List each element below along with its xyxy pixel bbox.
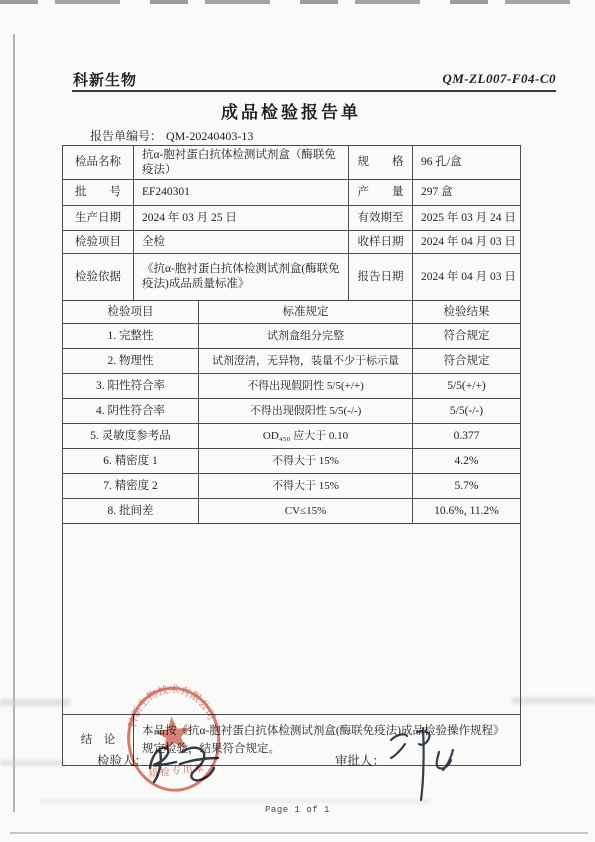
info-value: EF240301 — [134, 180, 349, 206]
report-body: 检品名称抗α-胞衬蛋白抗体检测试剂盒（酶联免疫法）规 格96 孔/盒批 号EF2… — [62, 145, 520, 766]
result-item: 5. 灵敏度参考品 — [63, 424, 199, 449]
info-label: 检品名称 — [63, 146, 134, 180]
inspector-label: 检验人： — [97, 751, 147, 769]
result-item: 3. 阳性符合率 — [63, 374, 199, 399]
empty-cell — [63, 524, 521, 715]
result-item: 2. 物理性 — [63, 349, 199, 374]
info-row: 检验项目全检收样日期2024 年 04 月 03 日 — [63, 231, 521, 254]
result-row: 5. 灵敏度参考品OD₄₅₀ 应大于 0.100.377 — [63, 424, 521, 449]
info-table: 检品名称抗α-胞衬蛋白抗体检测试剂盒（酶联免疫法）规 格96 孔/盒批 号EF2… — [62, 145, 521, 301]
info-label2: 规 格 — [349, 146, 413, 180]
info-label2: 产 量 — [349, 180, 413, 206]
page-number: Page 1 of 1 — [0, 805, 595, 815]
page-title: 成品检验报告单 — [62, 98, 520, 123]
results-header-result: 检验结果 — [413, 301, 521, 324]
info-label: 检验项目 — [63, 231, 134, 254]
result-item: 6. 精密度 1 — [63, 449, 199, 474]
info-value2: 2024 年 04 月 03 日 — [413, 254, 521, 301]
header-rule — [72, 90, 556, 92]
report-number-value: QM-20240403-13 — [166, 129, 253, 143]
info-row: 检品名称抗α-胞衬蛋白抗体检测试剂盒（酶联免疫法）规 格96 孔/盒 — [63, 146, 521, 180]
info-label: 检验依据 — [63, 254, 134, 301]
info-row: 批 号EF240301产 量297 盒 — [63, 180, 521, 206]
result-row: 1. 完整性试剂盒组分完整符合规定 — [63, 324, 521, 349]
spacer-table — [62, 523, 521, 715]
result-row: 7. 精密度 2不得大于 15%5.7% — [63, 474, 521, 499]
info-value2: 96 孔/盒 — [413, 146, 521, 180]
results-header-standard: 标准规定 — [199, 301, 413, 324]
result-row: 3. 阳性符合率不得出现假阴性 5/5(+/+)5/5(+/+) — [63, 374, 521, 399]
result-result: 符合规定 — [413, 324, 521, 349]
info-label: 生产日期 — [63, 206, 134, 231]
result-item: 7. 精密度 2 — [63, 474, 199, 499]
scan-streak — [512, 697, 595, 704]
info-value: 全检 — [134, 231, 349, 254]
result-standard: 不得出现假阳性 5/5(-/-) — [199, 399, 413, 424]
scan-streak — [0, 699, 70, 706]
result-result: 4.2% — [413, 449, 521, 474]
info-label2: 收样日期 — [349, 231, 413, 254]
result-standard: CV≤15% — [199, 499, 413, 524]
info-value2: 2025 年 03 月 24 日 — [413, 206, 521, 231]
result-standard: 不得出现假阴性 5/5(+/+) — [199, 374, 413, 399]
approver-label: 审批人： — [335, 751, 385, 769]
empty-row — [63, 524, 521, 715]
result-row: 2. 物理性试剂澄清，无异物，装量不少于标示量符合规定 — [63, 349, 521, 374]
scan-edge-line-bottom — [10, 832, 588, 834]
results-table: 检验项目 标准规定 检验结果 1. 完整性试剂盒组分完整符合规定2. 物理性试剂… — [62, 300, 521, 524]
info-row: 生产日期2024 年 03 月 25 日有效期至2025 年 03 月 24 日 — [63, 206, 521, 231]
info-value: 2024 年 03 月 25 日 — [134, 206, 349, 231]
info-label: 批 号 — [63, 180, 134, 206]
result-result: 5/5(-/-) — [413, 399, 521, 424]
result-result: 5/5(+/+) — [413, 374, 521, 399]
info-value2: 297 盒 — [413, 180, 521, 206]
result-standard: OD₄₅₀ 应大于 0.10 — [199, 424, 413, 449]
info-table-body: 检品名称抗α-胞衬蛋白抗体检测试剂盒（酶联免疫法）规 格96 孔/盒批 号EF2… — [63, 146, 521, 301]
report-number-label: 报告单编号： — [90, 129, 162, 143]
result-row: 8. 批间差CV≤15%10.6%, 11.2% — [63, 499, 521, 524]
result-standard: 不得大于 15% — [199, 449, 413, 474]
scan-edge-artifact-top — [0, 0, 595, 4]
result-result: 10.6%, 11.2% — [413, 499, 521, 524]
scan-fold-line-left — [13, 34, 15, 812]
company-name: 科新生物 — [73, 69, 137, 90]
result-item: 4. 阴性符合率 — [63, 399, 199, 424]
results-header-item: 检验项目 — [63, 301, 199, 324]
conclusion-text: 本品按《抗α-胞衬蛋白抗体检测试剂盒(酶联免疫法)成品检验操作规程》规定检验，结… — [134, 715, 521, 766]
result-item: 1. 完整性 — [63, 324, 199, 349]
info-value: 《抗α-胞衬蛋白抗体检测试剂盒(酶联免疫法)成品质量标准》 — [134, 254, 349, 301]
info-label2: 报告日期 — [349, 254, 413, 301]
info-label2: 有效期至 — [349, 206, 413, 231]
scan-streak — [0, 760, 64, 766]
info-value2: 2024 年 04 月 03 日 — [413, 231, 521, 254]
result-result: 5.7% — [413, 474, 521, 499]
results-table-body: 检验项目 标准规定 检验结果 1. 完整性试剂盒组分完整符合规定2. 物理性试剂… — [63, 301, 521, 524]
scan-streak — [40, 799, 430, 803]
result-standard: 试剂盒组分完整 — [199, 324, 413, 349]
info-row: 检验依据《抗α-胞衬蛋白抗体检测试剂盒(酶联免疫法)成品质量标准》报告日期202… — [63, 254, 521, 301]
result-row: 4. 阴性符合率不得出现假阳性 5/5(-/-)5/5(-/-) — [63, 399, 521, 424]
results-header-row: 检验项目 标准规定 检验结果 — [63, 301, 521, 324]
result-result: 0.377 — [413, 424, 521, 449]
result-item: 8. 批间差 — [63, 499, 199, 524]
report-number-line: 报告单编号：QM-20240403-13 — [90, 127, 253, 144]
result-result: 符合规定 — [413, 349, 521, 374]
result-row: 6. 精密度 1不得大于 15%4.2% — [63, 449, 521, 474]
result-standard: 试剂澄清，无异物，装量不少于标示量 — [199, 349, 413, 374]
result-standard: 不得大于 15% — [199, 474, 413, 499]
document-code: QM-ZL007-F04-C0 — [442, 71, 556, 87]
info-value: 抗α-胞衬蛋白抗体检测试剂盒（酶联免疫法） — [134, 146, 349, 180]
